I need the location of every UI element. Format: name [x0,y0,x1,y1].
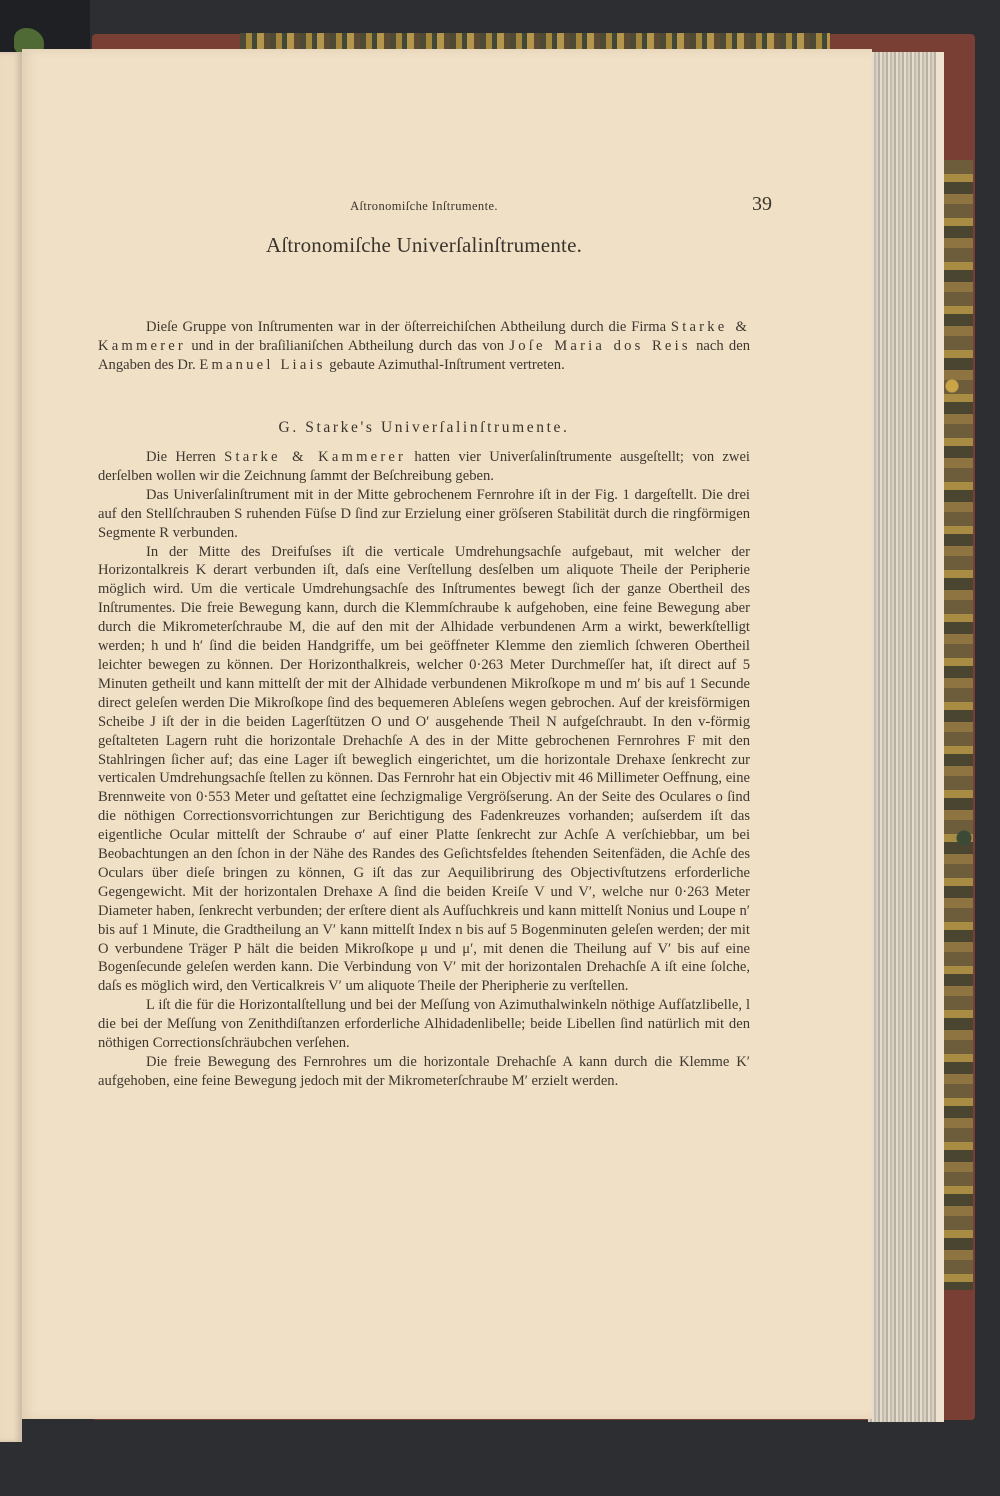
section-text: Die Herren Starke & Kammerer hatten vier… [98,448,750,1091]
firm-name: Starke & Kammerer [224,449,406,465]
intro-text: und in der braſilianiſchen Abtheilung du… [186,338,509,354]
page-title: Aſtronomiſche Univerſalinſtrumente. [98,233,750,258]
paragraph: Die Herren Starke & Kammerer hatten vier… [98,448,750,486]
doctor-name: Emanuel Liais [199,357,325,373]
book-page: Aſtronomiſche Inſtrumente. 39 Aſtronomiſ… [22,49,872,1419]
maker-name: Joſe Maria dos Reis [509,338,690,354]
page-stack-edge [868,52,944,1422]
facing-page-edge [0,52,22,1442]
running-head: Aſtronomiſche Inſtrumente. [98,199,750,214]
intro-paragraph: Dieſe Gruppe von Inſtrumenten war in der… [98,318,750,375]
intro-text: gebaute Azimuthal-Inſtrument vertreten. [326,357,565,373]
intro-text: Dieſe Gruppe von Inſtrumenten war in der… [146,319,671,335]
section-heading: G. Starke's Univerſalinſtrumente. [98,419,750,437]
page-stack-border [936,52,944,1422]
paragraph-text: Die Herren [146,449,224,465]
paragraph: Die freie Bewegung des Fernrohres um die… [98,1053,750,1091]
marbled-cover-edge [943,160,973,1290]
paragraph: Das Univerſalinſtrument mit in der Mitte… [98,486,750,543]
paragraph: L iſt die für die Horizontalſtellung und… [98,996,750,1053]
paragraph: In der Mitte des Dreifuſses iſt die vert… [98,543,750,997]
page-number: 39 [752,193,772,216]
